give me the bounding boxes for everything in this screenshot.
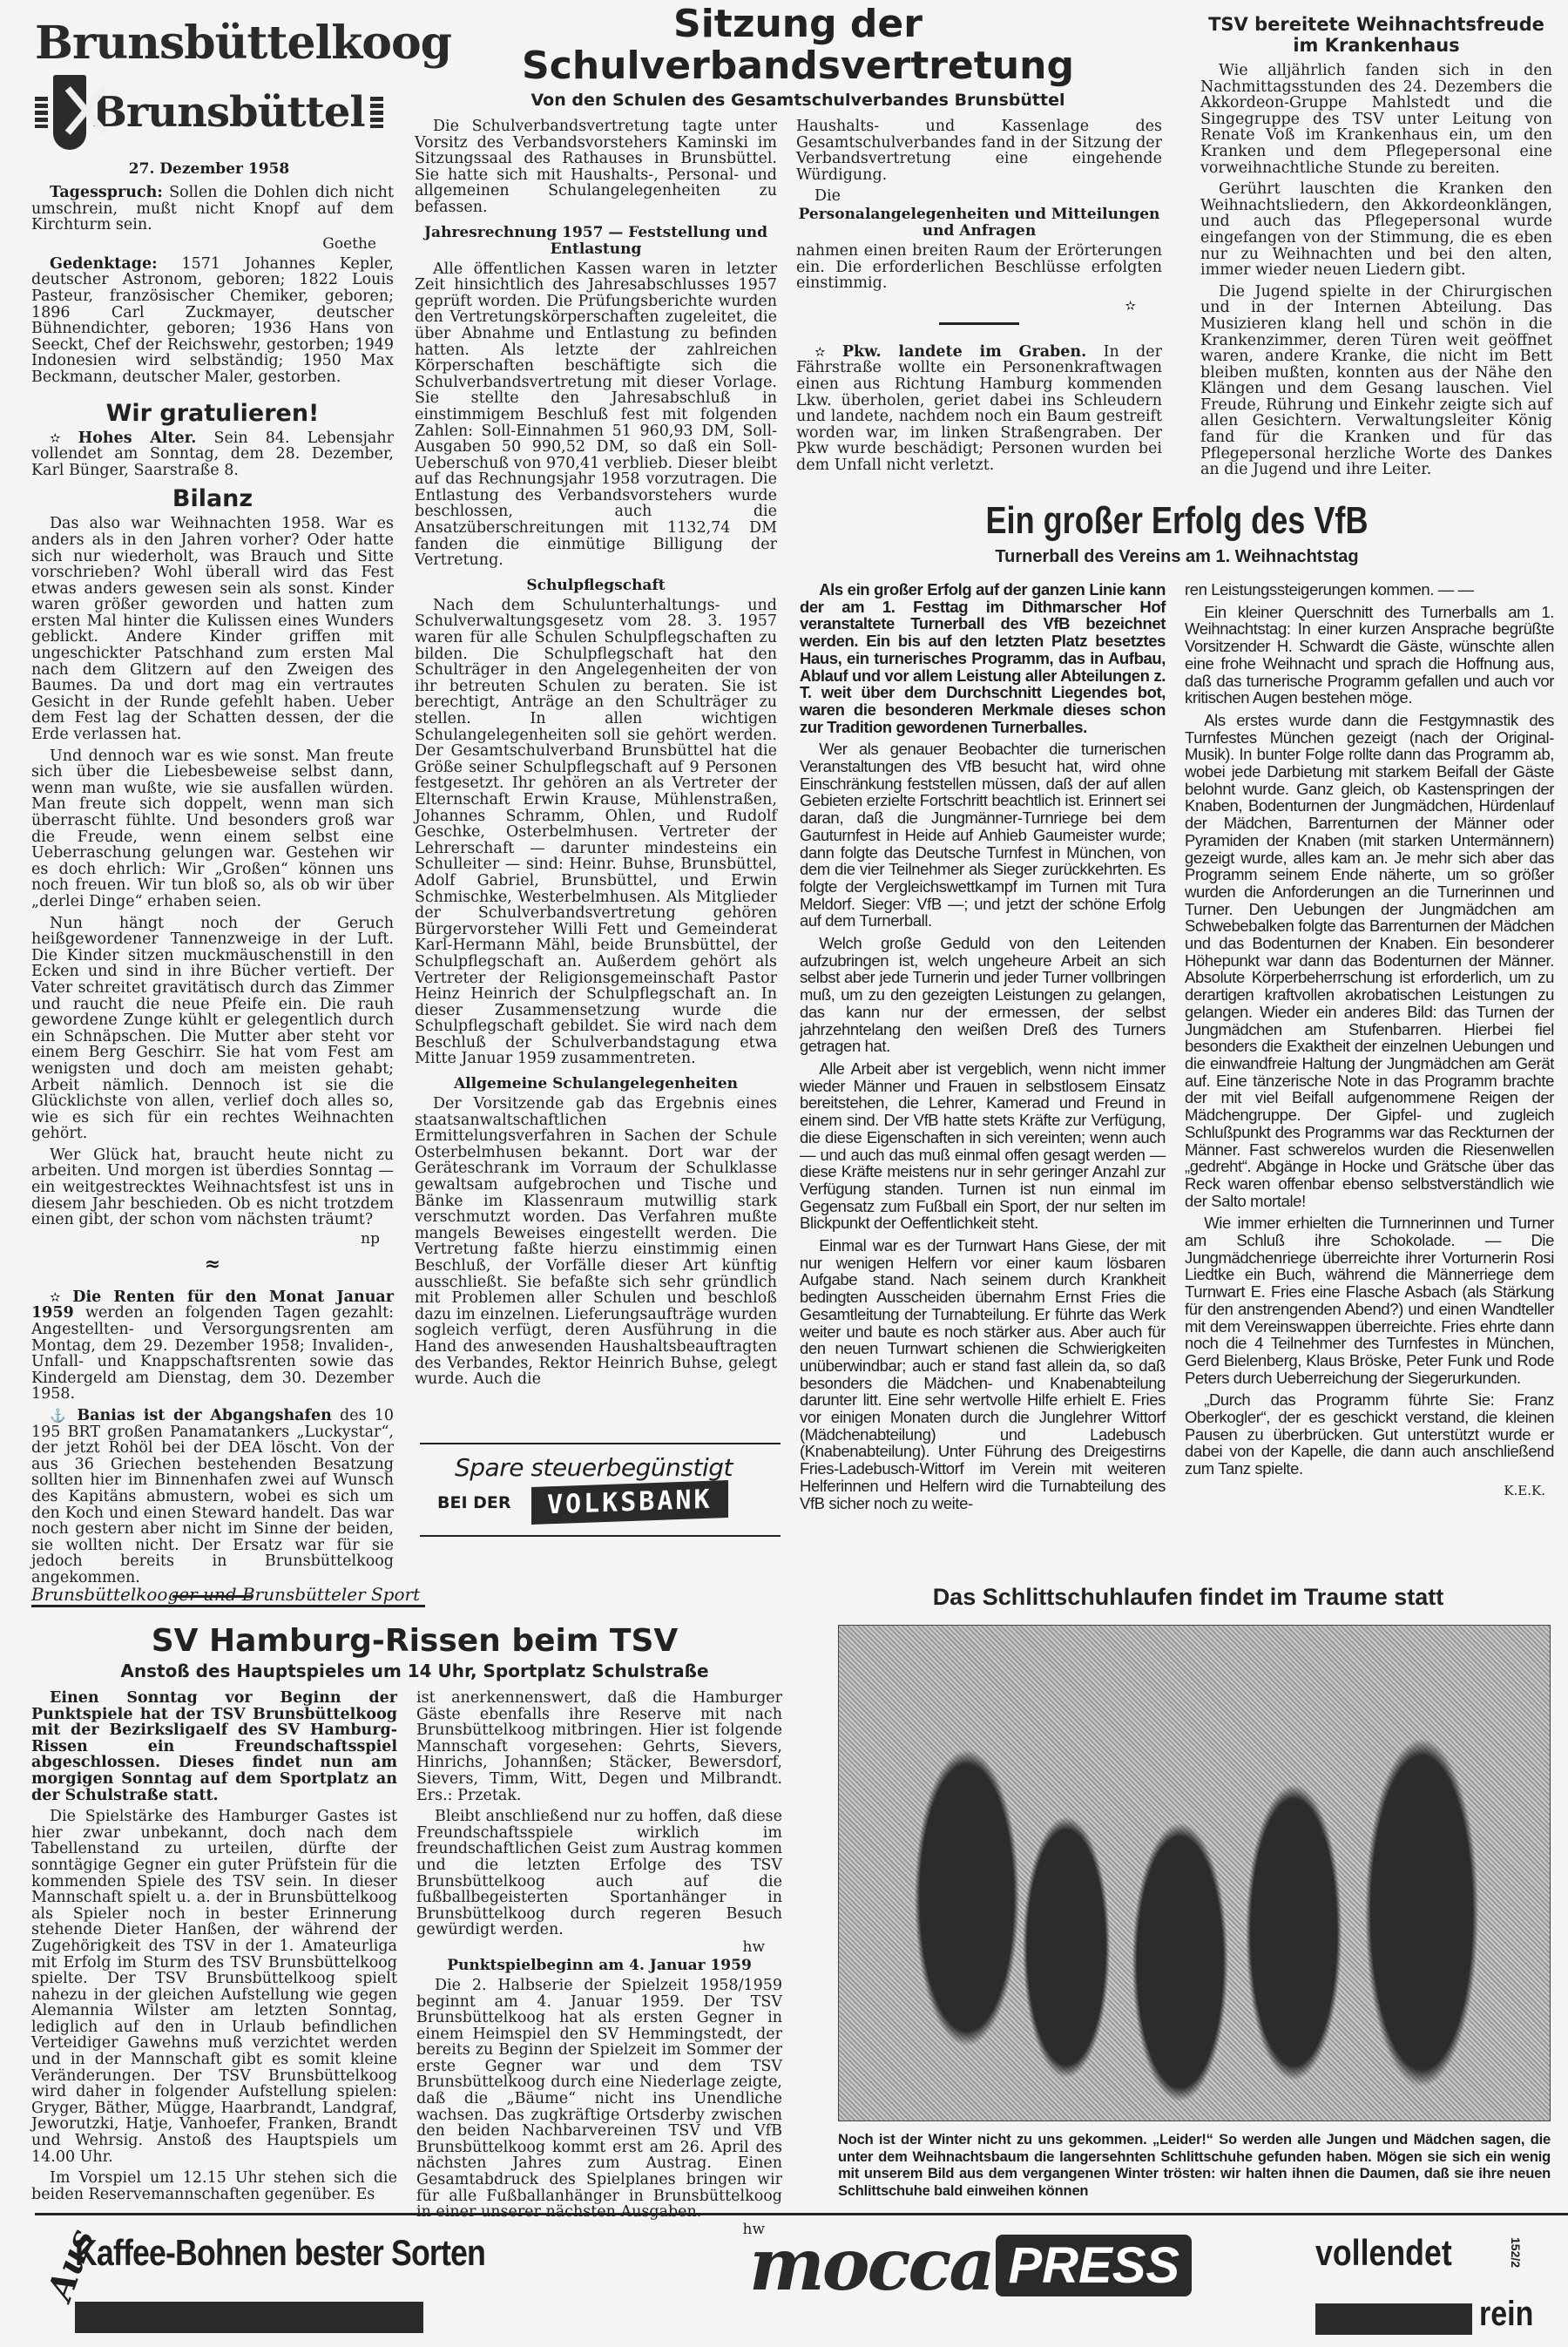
section-heading: Schulpflegschaft [415, 578, 777, 594]
mocca-ad-word-right: vollendet [1315, 2232, 1452, 2274]
tsv-krankenhaus-title: TSV bereitete Weihnachtsfreude im Kranke… [1200, 14, 1552, 56]
volksbank-brand: VOLKSBANK [531, 1480, 728, 1525]
bilanz-paragraph: Und dennoch war es wie sonst. Man freute… [31, 748, 394, 910]
paragraph: Als erstes wurde dann die Festgymnastik … [1185, 712, 1554, 1209]
schulverband-col1: Die Schulverbandsvertretung tagte unter … [415, 118, 777, 1393]
sport-subtitle: Anstoß des Hauptspieles um 14 Uhr, Sport… [31, 1660, 798, 1681]
sport-article: SV Hamburg-Rissen beim TSV Anstoß des Ha… [31, 1624, 798, 2238]
paragraph: „Durch das Programm führte Sie: Franz Ob… [1185, 1391, 1554, 1478]
banias-text: des 10 195 BRT großen Panamatankers „Luc… [31, 1407, 394, 1586]
paragraph: ist anerkennenswert, daß die Hamburger G… [416, 1690, 782, 1803]
mocca-ad-bar [1315, 2303, 1472, 2335]
pkw-text: In der Fährstraße wollte ein Personenkra… [796, 343, 1162, 474]
separator-ornament: ≈ [31, 1253, 394, 1275]
sport-col2: ist anerkennenswert, daß die Hamburger G… [416, 1690, 782, 2238]
bilanz-paragraph: Wer Glück hat, braucht heute nicht zu ar… [31, 1147, 394, 1228]
schulverband-title-line2: Schulverbandsvertretung [415, 45, 1181, 87]
paragraph: Bleibt anschließend nur zu hoffen, daß d… [416, 1809, 782, 1938]
schulverband-intro: Die Schulverbandsvertretung tagte unter … [415, 118, 777, 216]
ad-code: 152/2 [1509, 2237, 1523, 2268]
section-text: nahmen einen breiten Raum der Erörterung… [796, 243, 1162, 292]
paragraph: Wie immer erhielten die Turnnerinnen und… [1185, 1214, 1554, 1386]
section-text: Nach dem Schulunterhaltungs- und Schulve… [415, 598, 777, 1067]
renten-text: werden an folgenden Tagen gezahlt: Anges… [31, 1304, 394, 1403]
skaters-photo [838, 1625, 1551, 2121]
star-icon: ✫ [814, 344, 826, 360]
volksbank-ad[interactable]: Spare steuerbegünstigt BEI DER VOLKSBANK [420, 1443, 781, 1565]
mocca-ad-word-bottom: rein [1479, 2295, 1533, 2334]
vfb-col1: Als ein großer Erfolg auf der ganzen Lin… [800, 581, 1166, 1517]
section-heading: Allgemeine Schulangelegenheiten [415, 1076, 777, 1092]
section-pre: Die [796, 188, 1162, 205]
signature: hw [416, 1938, 782, 1956]
mocca-press-ad[interactable]: Aus Kaffee-Bohnen bester Sorten mocca PR… [17, 2220, 1568, 2342]
gratulieren-lead: Hohes Alter. [78, 429, 197, 447]
ship-icon: ⚓ [50, 1408, 69, 1424]
sport-col1: Einen Sonntag vor Beginn der Punktspiele… [31, 1690, 397, 2238]
sport-section-label: Brunsbüttelkooger und Brunsbütteler Spor… [31, 1584, 425, 1607]
vfb-col2: ren Leistungssteigerungen kommen. — — Ei… [1185, 581, 1554, 1517]
paragraph: Im Vorspiel um 12.15 Uhr stehen sich die… [31, 2170, 397, 2202]
punktspiel-heading: Punktspielbeginn am 4. Januar 1959 [416, 1958, 782, 1974]
paragraph: Alle Arbeit aber ist vergeblich, wenn ni… [800, 1060, 1166, 1232]
gedenktage-label: Gedenktage: [50, 255, 158, 273]
banner-stripes-icon [35, 97, 48, 128]
vfb-signature: K.E.K. [1185, 1483, 1554, 1498]
pkw-lead: Pkw. landete im Graben. [842, 343, 1086, 361]
bilanz-paragraph: Nun hängt noch der Geruch heißgewordener… [31, 916, 394, 1142]
paragraph: Die Jugend spielte in der Chirurgischen … [1200, 284, 1552, 478]
gedenktage-text: 1571 Johannes Kepler, deutscher Astronom… [31, 255, 394, 386]
paragraph: Welch große Geduld von den Leitenden auf… [800, 935, 1166, 1055]
vfb-article: Ein großer Erfolg des VfB Turnerball des… [800, 500, 1554, 1517]
section-heading: Jahresrechnung 1957 — Feststellung und E… [415, 225, 777, 258]
divider [35, 2213, 1568, 2215]
paragraph: Die Spielstärke des Hamburger Gastes ist… [31, 1809, 397, 2165]
paragraph: Ein kleiner Querschnitt des Turnerballs … [1185, 604, 1554, 707]
paragraph: ren Leistungssteigerungen kommen. — — [1185, 581, 1554, 599]
paragraph: Wer als genauer Beobachter die turnerisc… [800, 741, 1166, 930]
star-icon: ✫ [50, 430, 61, 446]
banner-stripes-icon [370, 97, 383, 128]
divider [939, 322, 1019, 325]
photo-story: Das Schlittschuhlaufen findet im Traume … [822, 1584, 1554, 2200]
gratulieren-heading: Wir gratulieren! [31, 400, 394, 427]
sport-title: SV Hamburg-Rissen beim TSV [31, 1624, 798, 1659]
masthead-title-line2: Brunsbüttel [91, 85, 364, 140]
sport-lead: Einen Sonntag vor Beginn der Punktspiele… [31, 1690, 397, 1803]
coat-of-arms-icon [53, 75, 86, 150]
paragraph: Gerührt lauschten die Kranken den Weihna… [1200, 181, 1552, 279]
schulverband-title-line1: Sitzung der [415, 3, 1181, 45]
mocca-ad-bar [75, 2302, 423, 2333]
bilanz-heading: Bilanz [31, 485, 394, 512]
mocca-ad-line1: Kaffee-Bohnen bester Sorten [75, 2232, 485, 2274]
vfb-subtitle: Turnerball des Vereins am 1. Weihnachtst… [800, 547, 1554, 567]
vfb-lead: Als ein großer Erfolg auf der ganzen Lin… [800, 581, 1166, 735]
section-text: Der Vorsitzende gab das Ergebnis eines s… [415, 1096, 777, 1388]
punktspiel-text: Die 2. Halbserie der Spielzeit 1958/1959… [416, 1978, 782, 2221]
star-icon: ✫ [50, 1289, 61, 1305]
mocca-brand: mocca PRESS [749, 2223, 1192, 2307]
paragraph: Einmal war es der Turnwart Hans Giese, d… [800, 1237, 1166, 1512]
photo-story-title: Das Schlittschuhlaufen findet im Traume … [822, 1584, 1554, 1611]
masthead-title-line1: Brunsbüttelkoog [35, 16, 383, 71]
left-column: Tagesspruch: Sollen die Dohlen dich nich… [31, 185, 394, 1606]
bilanz-paragraph: Das also war Weihnachten 1958. War es an… [31, 516, 394, 742]
schulverband-subtitle: Von den Schulen des Gesamtschulverbandes… [415, 91, 1181, 110]
volksbank-ad-line2: BEI DER [437, 1493, 531, 1512]
tagesspruch-author: Goethe [31, 235, 376, 253]
bilanz-signature: np [31, 1230, 380, 1248]
continuation-text: Haushalts- und Kassenlage des Gesamtschu… [796, 118, 1162, 183]
star-icon: ✫ [1125, 298, 1136, 314]
issue-date: 27. Dezember 1958 [35, 160, 383, 178]
vfb-title: Ein großer Erfolg des VfB [868, 500, 1486, 542]
volksbank-ad-line1: Spare steuerbegünstigt [455, 1453, 781, 1482]
tagesspruch-label: Tagesspruch: [50, 184, 163, 201]
section-text: Alle öffentlichen Kassen waren in letzte… [415, 261, 777, 569]
tsv-krankenhaus-article: TSV bereitete Weihnachtsfreude im Kranke… [1200, 14, 1552, 484]
paragraph: Wie alljährlich fanden sich in den Nachm… [1200, 63, 1552, 176]
masthead: Brunsbüttelkoog Brunsbüttel 27. Dezember… [35, 16, 383, 178]
banias-lead: Banias ist der Abgangshafen [77, 1407, 332, 1424]
section-heading: Personalangelegenheiten und Mitteilungen… [796, 206, 1162, 240]
photo-caption: Noch ist der Winter nicht zu uns gekomme… [838, 2132, 1551, 2200]
